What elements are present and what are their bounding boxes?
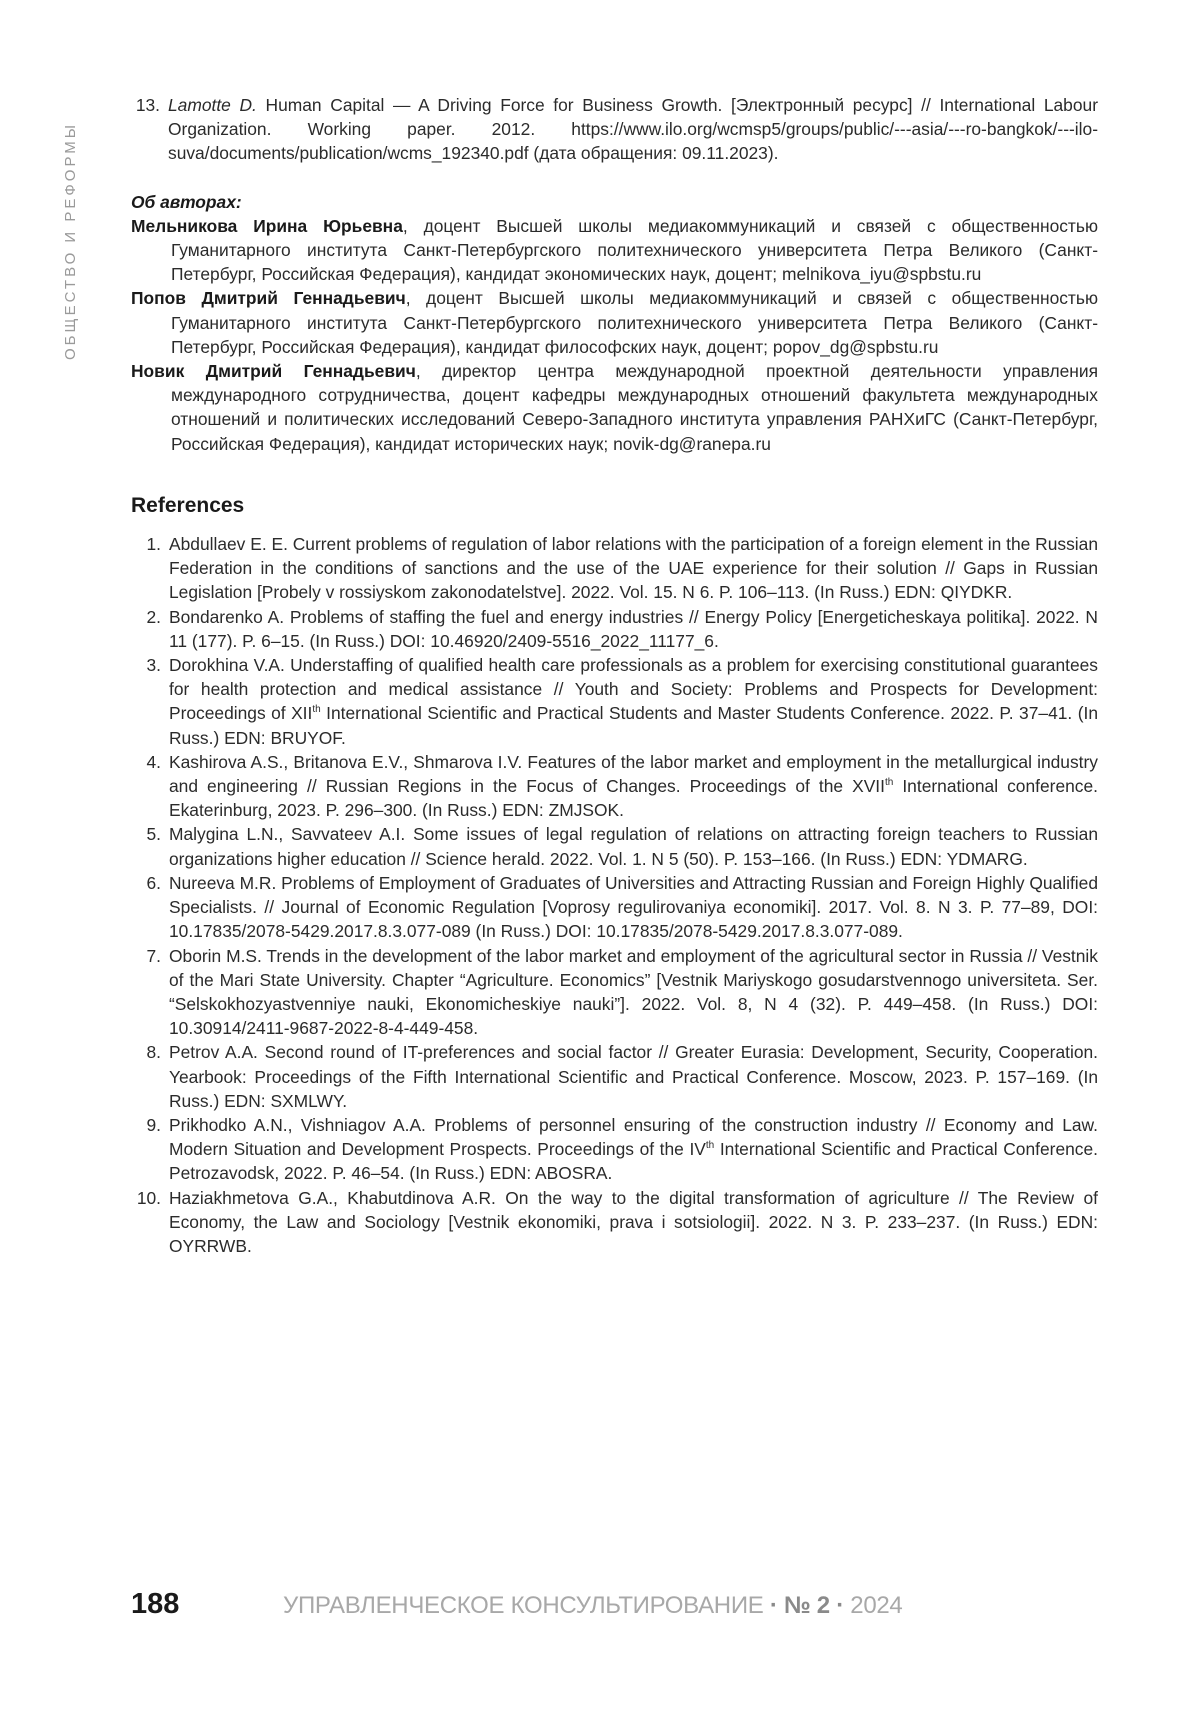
reference-text: Haziakhmetova G.A., Khabutdinova A.R. On… [169,1188,1098,1256]
reference-superscript: th [312,705,320,716]
reference-number: 1. [131,532,161,556]
reference-number: 8. [131,1040,161,1064]
reference-number: 10. [123,1186,161,1210]
author-entry: Новик Дмитрий Геннадьевич, директор цент… [131,359,1098,456]
page-footer: 188 УПРАВЛЕНЧЕСКОЕ КОНСУЛЬТИРОВАНИЕ · № … [131,1588,1061,1628]
page-number: 188 [131,1588,283,1621]
reference-text: Malygina L.N., Savvateev A.I. Some issue… [169,824,1098,868]
authors-heading: Об авторах: [131,190,1098,214]
author-entry: Мельникова Ирина Юрьевна, доцент Высшей … [131,214,1098,287]
reference-item-13: 13. Lamotte D. Human Capital — A Driving… [130,93,1098,166]
issue-number: № 2 [784,1592,830,1619]
reference-number: 13. [130,93,160,117]
reference-number: 5. [131,822,161,846]
reference-text: Abdullaev E. E. Current problems of regu… [169,534,1098,602]
reference-number: 4. [131,750,161,774]
reference-item: 5.Malygina L.N., Savvateev A.I. Some iss… [131,822,1098,870]
reference-superscript: th [706,1140,714,1151]
reference-item: 2.Bondarenko A. Problems of staffing the… [131,605,1098,653]
page-content: 13. Lamotte D. Human Capital — A Driving… [131,93,1098,1258]
author-name: Мельникова Ирина Юрьевна [131,216,403,236]
issue-year: 2024 [850,1592,902,1619]
reference-text: Petrov A.A. Second round of IT-preferenc… [169,1042,1098,1110]
reference-item: 8.Petrov A.A. Second round of IT-prefere… [131,1040,1098,1113]
reference-text: Bondarenko A. Problems of staffing the f… [169,607,1098,651]
reference-item: 3.Dorokhina V.A. Understaffing of qualif… [131,653,1098,750]
separator-dot: · [770,1592,778,1619]
reference-item: 9.Prikhodko A.N., Vishniagov A.A. Proble… [131,1113,1098,1186]
author-entry: Попов Дмитрий Геннадьевич, доцент Высшей… [131,286,1098,359]
author-name: Попов Дмитрий Геннадьевич [131,288,406,308]
reference-item: 10.Haziakhmetova G.A., Khabutdinova A.R.… [131,1186,1098,1259]
reference-text: Oborin M.S. Trends in the development of… [169,946,1098,1039]
reference-number: 2. [131,605,161,629]
reference-author: Lamotte D. [168,95,257,115]
journal-name: УПРАВЛЕНЧЕСКОЕ КОНСУЛЬТИРОВАНИЕ [283,1592,764,1619]
references-list: 1.Abdullaev E. E. Current problems of re… [131,532,1098,1258]
reference-item: 1.Abdullaev E. E. Current problems of re… [131,532,1098,605]
reference-item: 7.Oborin M.S. Trends in the development … [131,944,1098,1041]
authors-list: Мельникова Ирина Юрьевна, доцент Высшей … [131,214,1098,456]
reference-text: Human Capital — A Driving Force for Busi… [168,95,1098,163]
author-name: Новик Дмитрий Геннадьевич [131,361,416,381]
reference-number: 9. [131,1113,161,1137]
separator-dot: · [836,1592,844,1619]
journal-title: УПРАВЛЕНЧЕСКОЕ КОНСУЛЬТИРОВАНИЕ · № 2 · … [283,1592,902,1620]
reference-item: 4.Kashirova A.S., Britanova E.V., Shmaro… [131,750,1098,823]
reference-item: 6.Nureeva M.R. Problems of Employment of… [131,871,1098,944]
reference-text: Nureeva M.R. Problems of Employment of G… [169,873,1098,941]
reference-number: 3. [131,653,161,677]
reference-number: 6. [131,871,161,895]
reference-number: 7. [131,944,161,968]
section-side-label: ОБЩЕСТВО И РЕФОРМЫ [62,80,82,360]
references-heading: References [131,494,1098,518]
